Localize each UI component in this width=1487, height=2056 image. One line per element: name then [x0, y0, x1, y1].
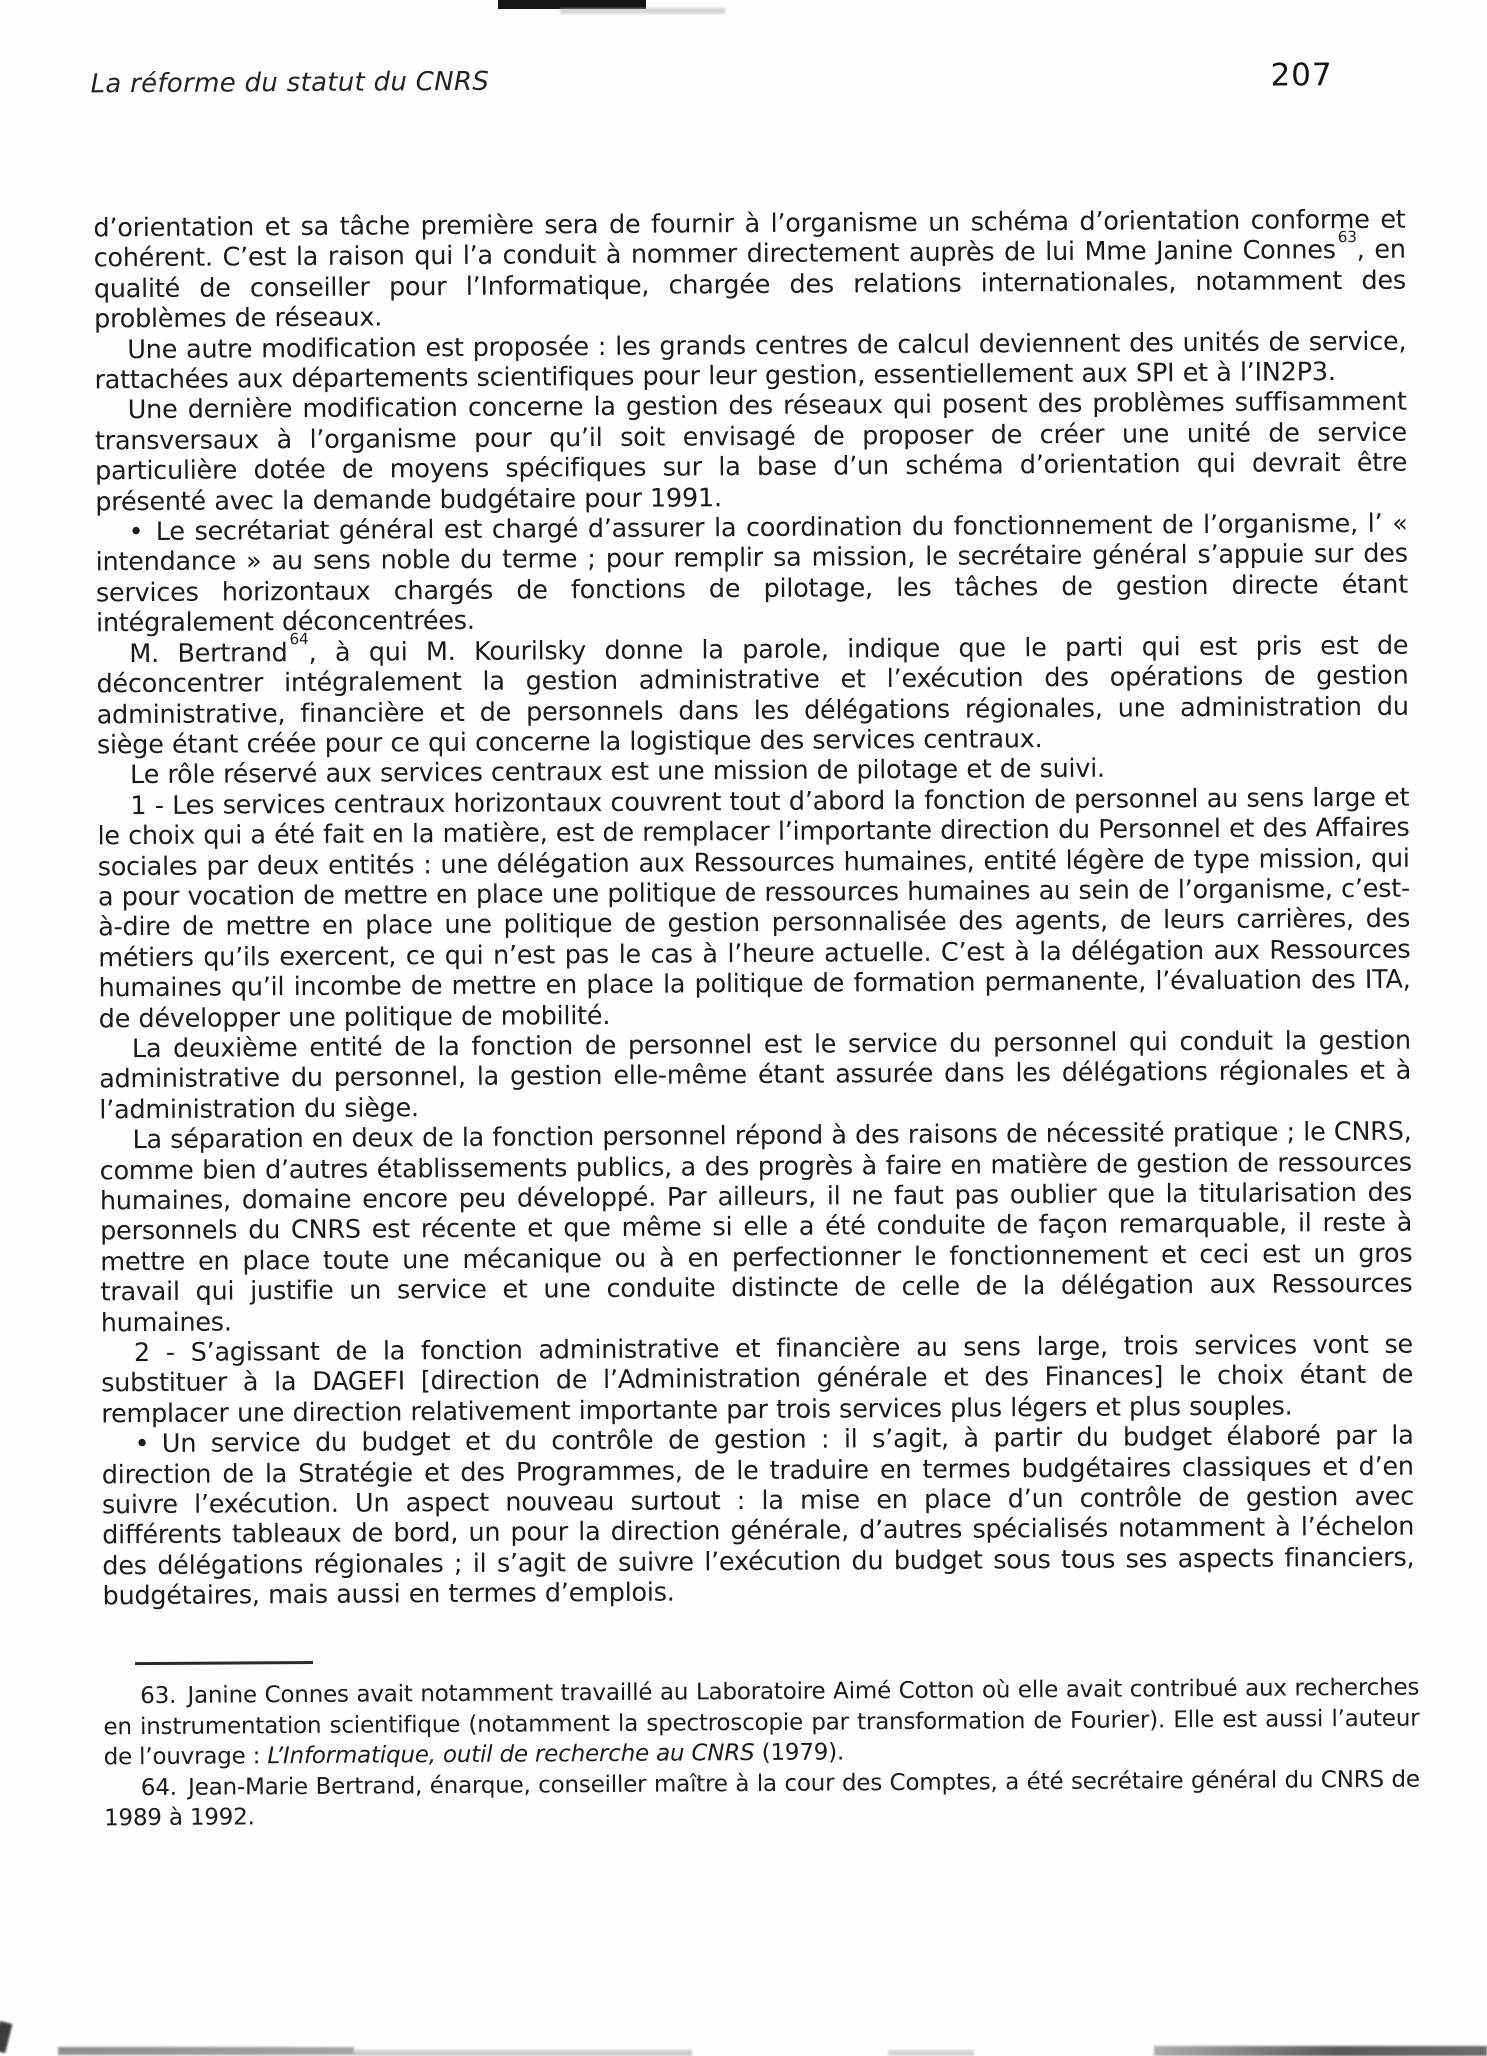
footnote-text: (1979). [754, 1739, 844, 1766]
paragraph-text: d’orientation et sa tâche première sera … [93, 205, 1405, 274]
scan-artifact-bottom-faint [888, 2050, 974, 2056]
paragraph: • Un service du budget et du contrôle de… [101, 1421, 1414, 1612]
paragraph: Une dernière modification concerne la ge… [95, 387, 1408, 517]
paragraph: 1 - Les services centraux horizontaux co… [97, 782, 1411, 1034]
page-content: La réforme du statut du CNRS 207 d’orien… [0, 0, 1487, 2056]
scan-artifact-left-edge [0, 2021, 12, 2053]
paragraph-text: , à qui M. Kourilsky donne la parole, in… [96, 630, 1408, 760]
paragraph: • Le secrétariat général est chargé d’as… [95, 509, 1408, 639]
footnote-63: 63. Janine Connes avait notamment travai… [103, 1673, 1420, 1773]
paragraph: Une autre modification est proposée : le… [94, 326, 1406, 396]
paragraph-text: M. Bertrand [129, 638, 287, 669]
book-page: La réforme du statut du CNRS 207 d’orien… [0, 0, 1487, 2056]
scan-artifact-bottom-left [58, 2047, 354, 2055]
footnote-64: 64. Jean-Marie Bertrand, énarque, consei… [104, 1764, 1420, 1834]
footnote-separator [135, 1661, 313, 1665]
footnote-ref-64: 64 [289, 630, 308, 648]
body-text: d’orientation et sa tâche première sera … [93, 205, 1414, 1612]
paragraph: d’orientation et sa tâche première sera … [93, 205, 1406, 335]
paragraph: M. Bertrand64, à qui M. Kourilsky donne … [96, 630, 1409, 760]
footnote-ref-63: 63 [1338, 228, 1357, 246]
scan-artifact-bottom-right [1154, 2046, 1487, 2056]
footnotes: 63. Janine Connes avait notamment travai… [103, 1673, 1420, 1834]
page-number: 207 [1270, 57, 1332, 93]
footnote-book-title: L’Informatique, outil de recherche au CN… [267, 1740, 754, 1769]
running-title: La réforme du statut du CNRS [90, 67, 489, 100]
scan-artifact-bottom-mid [354, 2050, 692, 2056]
paragraph: 2 - S’agissant de la fonction administra… [101, 1330, 1414, 1430]
paragraph: La deuxième entité de la fonction de per… [99, 1026, 1412, 1126]
paragraph: La séparation en deux de la fonction per… [99, 1117, 1412, 1339]
